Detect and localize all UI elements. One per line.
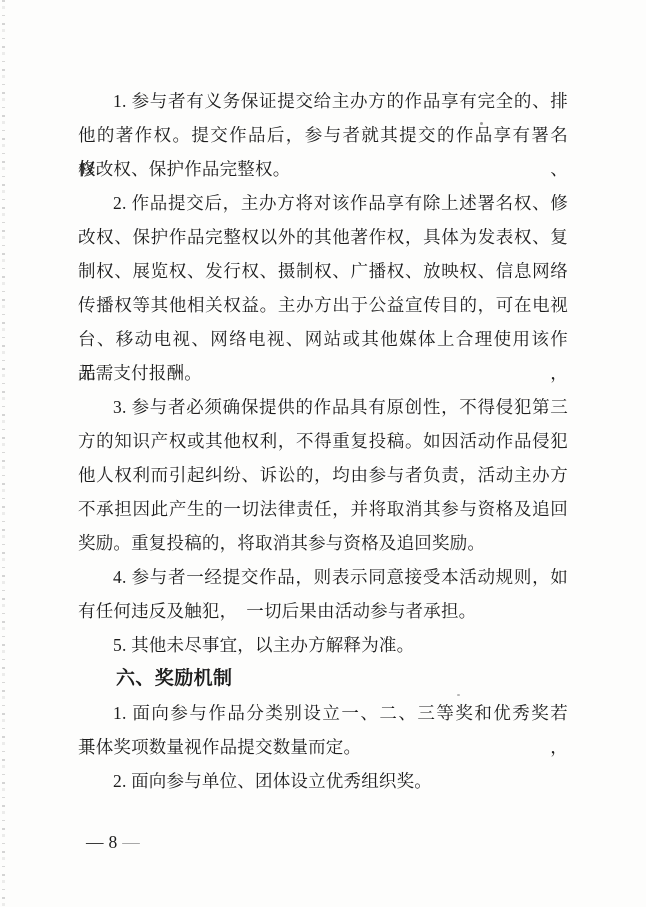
text-line: 2. 作品提交后，主办方将对该作品享有除上述署名权、修 [78, 186, 568, 220]
paragraph: 1. 参与者有义务保证提交给主办方的作品享有完全的、排他的著作权。提交作品后，参… [78, 84, 568, 186]
text-line: 奖励。重复投稿的，将取消其参与资格及追回奖励。 [78, 526, 568, 560]
text-line: 4. 参与者一经提交作品，则表示同意接受本活动规则，如 [78, 560, 568, 594]
text-line: 3. 参与者必须确保提供的作品具有原创性，不得侵犯第三 [78, 390, 568, 424]
text-line: 六、奖励机制 [78, 662, 568, 696]
text-line: 他的著作权。提交作品后，参与者就其提交的作品享有署名权、 [78, 118, 568, 152]
paragraph: 4. 参与者一经提交作品，则表示同意接受本活动规则，如有任何违反及触犯， 一切后… [78, 560, 568, 628]
paragraph: 1. 面向参与作品分类别设立一、二、三等奖和优秀奖若干，具体奖项数量视作品提交数… [78, 696, 568, 764]
paragraph: 2. 面向参与单位、团体设立优秀组织奖。 [78, 764, 568, 798]
text-line: 方的知识产权或其他权利，不得重复投稿。如因活动作品侵犯 [78, 424, 568, 458]
text-line: 5. 其他未尽事宜，以主办方解释为准。 [78, 628, 568, 662]
text-line: 改权、保护作品完整权以外的其他著作权，具体为发表权、复 [78, 220, 568, 254]
text-line: 制权、展览权、发行权、摄制权、广播权、放映权、信息网络 [78, 254, 568, 288]
document-body: 1. 参与者有义务保证提交给主办方的作品享有完全的、排他的著作权。提交作品后，参… [78, 84, 568, 798]
text-line: 不承担因此产生的一切法律责任，并将取消其参与资格及追回 [78, 492, 568, 526]
text-line: 1. 面向参与作品分类别设立一、二、三等奖和优秀奖若干， [78, 696, 568, 730]
text-line: 有任何违反及触犯， 一切后果由活动参与者承担。 [78, 594, 568, 628]
text-line: 传播权等其他相关权益。主办方出于公益宣传目的，可在电视 [78, 288, 568, 322]
footer-dash-right: — [122, 831, 140, 853]
section-heading: 六、奖励机制 [78, 662, 568, 696]
footer-dash-left: — [86, 831, 104, 853]
page-number: 8 [109, 831, 118, 853]
text-line: 台、移动电视、网络电视、网站或其他媒体上合理使用该作品， [78, 322, 568, 356]
paragraph: 2. 作品提交后，主办方将对该作品享有除上述署名权、修改权、保护作品完整权以外的… [78, 186, 568, 390]
scan-edge-artifact [2, 0, 5, 907]
text-line: 1. 参与者有义务保证提交给主办方的作品享有完全的、排 [78, 84, 568, 118]
text-line: 2. 面向参与单位、团体设立优秀组织奖。 [78, 764, 568, 798]
paragraph: 3. 参与者必须确保提供的作品具有原创性，不得侵犯第三方的知识产权或其他权利，不… [78, 390, 568, 560]
document-page: 1. 参与者有义务保证提交给主办方的作品享有完全的、排他的著作权。提交作品后，参… [0, 0, 646, 907]
page-footer: — 8 — [86, 831, 140, 853]
text-line: 他人权利而引起纠纷、诉讼的，均由参与者负责，活动主办方 [78, 458, 568, 492]
paragraph: 5. 其他未尽事宜，以主办方解释为准。 [78, 628, 568, 662]
